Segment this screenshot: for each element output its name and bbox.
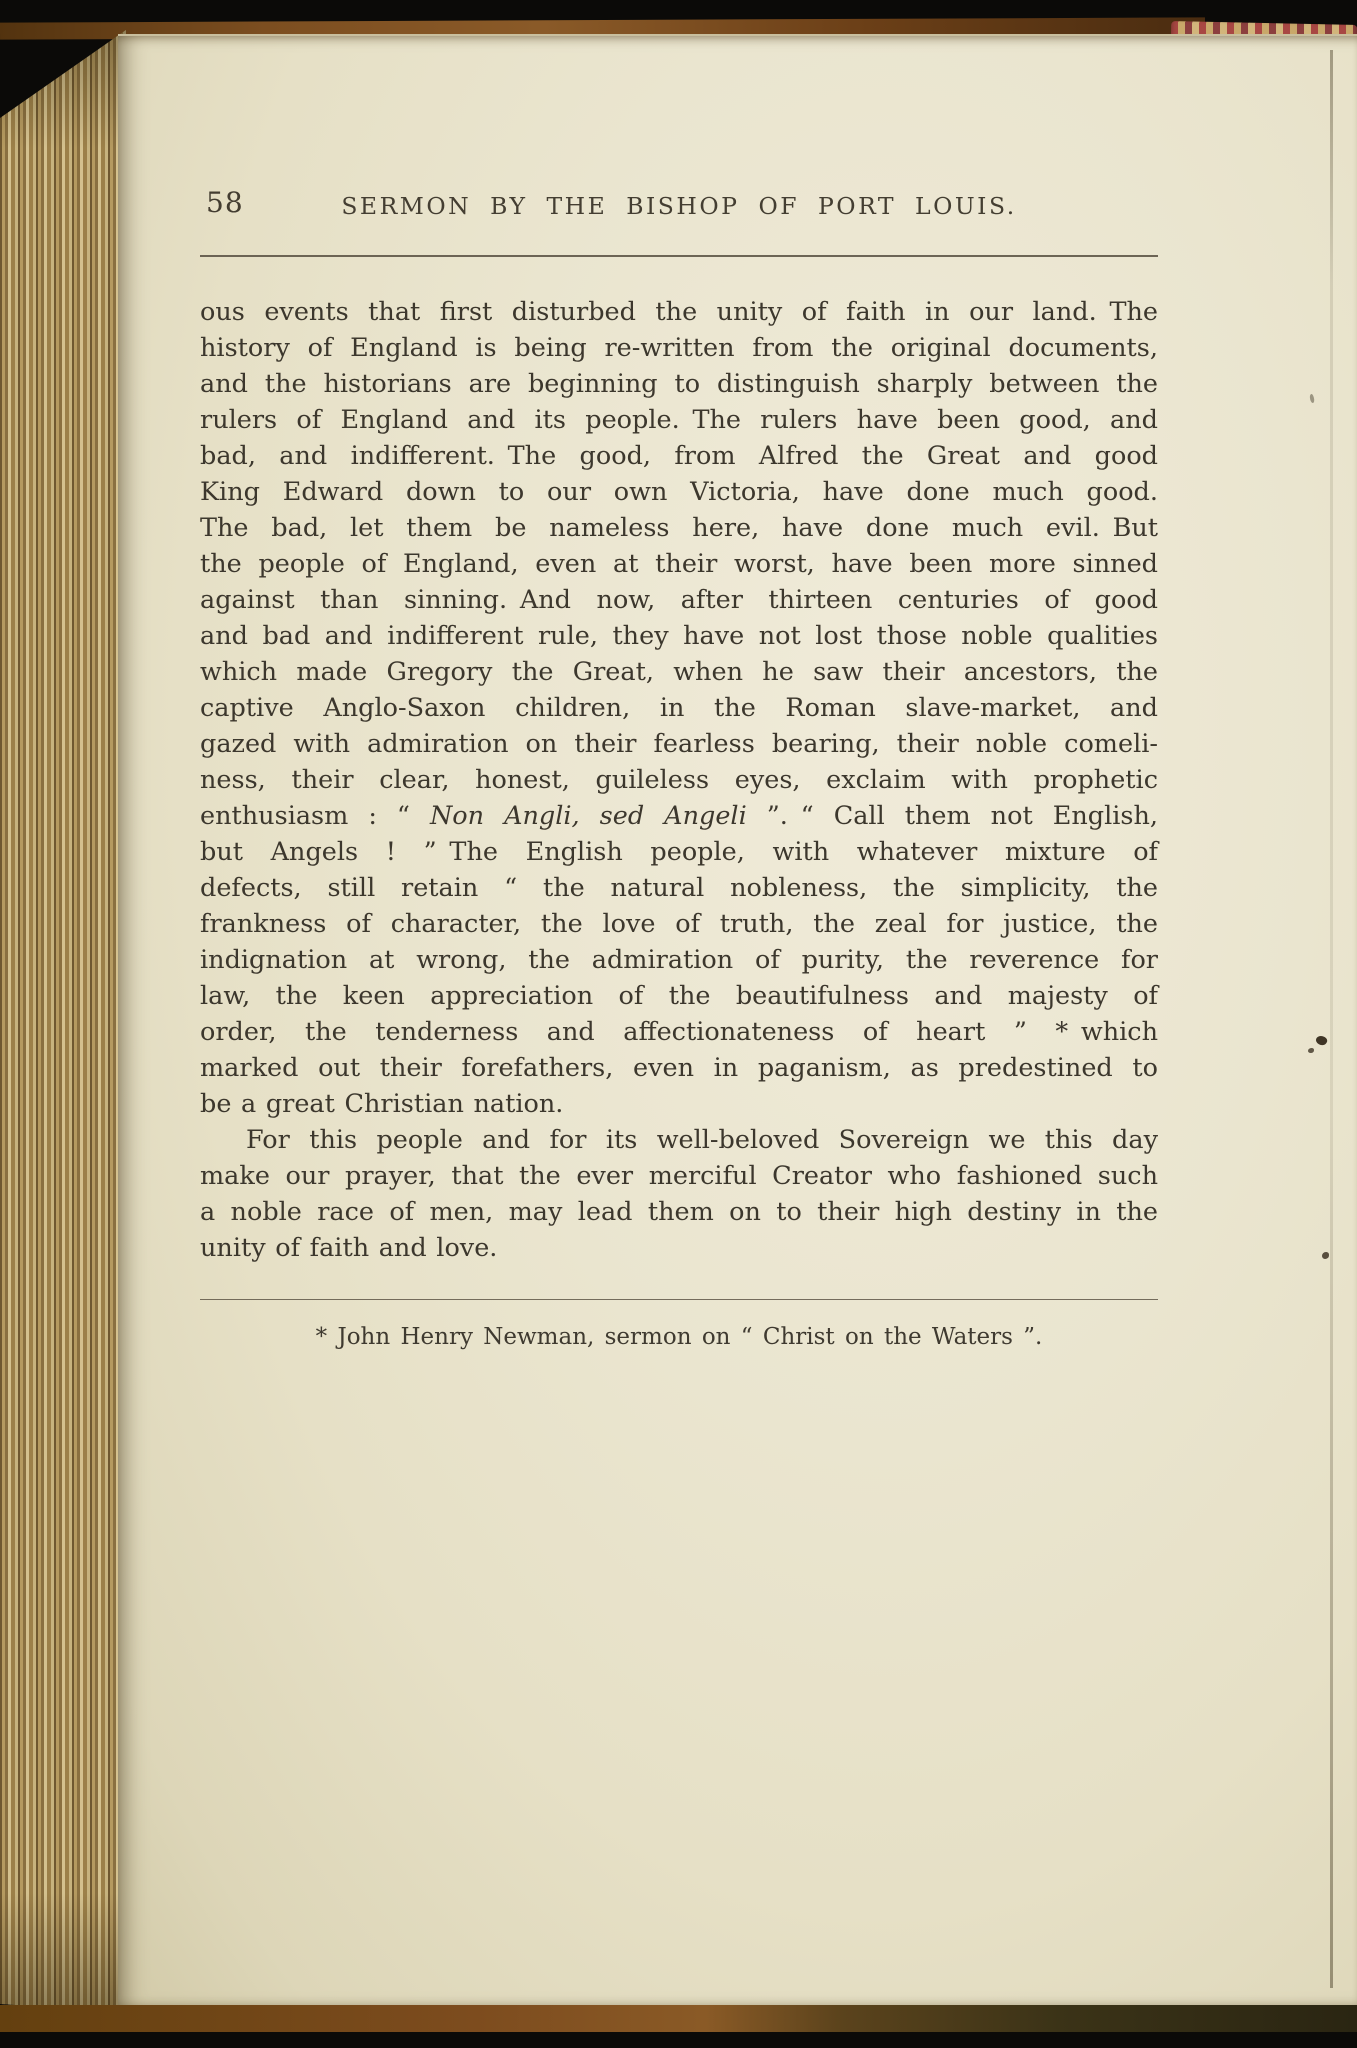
text-segment: enthusiasm : “ (200, 801, 430, 831)
text-line: For this people and for its well-beloved… (200, 1122, 1158, 1158)
text-line: gazed with admiration on their fearless … (200, 726, 1158, 762)
text-line: and the historians are beginning to dist… (200, 366, 1158, 402)
text-line: be a great Christian nation. (200, 1086, 1158, 1122)
text-line: order, the tenderness and affectionatene… (200, 1014, 1158, 1050)
text-segment: ”. “ Call them not English, (747, 801, 1158, 831)
text-line: defects, still retain “ the natural nobl… (200, 870, 1158, 906)
body-text: ous events that first disturbed the unit… (200, 294, 1158, 1266)
footnote: * John Henry Newman, sermon on “ Christ … (200, 1324, 1158, 1350)
text-line: marked out their forefathers, even in pa… (200, 1050, 1158, 1086)
text-line: ness, their clear, honest, guileless eye… (200, 762, 1158, 798)
text-line: make our prayer, that the ever merciful … (200, 1158, 1158, 1194)
header-rule (200, 255, 1158, 257)
paper-speck (1315, 1034, 1329, 1047)
footnote-rule (200, 1299, 1158, 1300)
running-header: SERMON BY THE BISHOP OF PORT LOUIS. (200, 192, 1158, 220)
text-line: bad, and indifferent. The good, from Alf… (200, 438, 1158, 474)
text-line: captive Anglo-Saxon children, in the Rom… (200, 690, 1158, 726)
text-line: King Edward down to our own Victoria, ha… (200, 474, 1158, 510)
paper-speck (1308, 1048, 1314, 1053)
page-content: 58 SERMON BY THE BISHOP OF PORT LOUIS. o… (200, 36, 1158, 2008)
text-line: law, the keen appreciation of the beauti… (200, 978, 1158, 1014)
book-page: 58 SERMON BY THE BISHOP OF PORT LOUIS. o… (118, 34, 1357, 2008)
latin-phrase: Non Angli, sed Angeli (430, 801, 747, 831)
text-line: unity of faith and love. (200, 1230, 1158, 1266)
text-line: and bad and indifferent rule, they have … (200, 618, 1158, 654)
text-line: indignation at wrong, the admiration of … (200, 942, 1158, 978)
text-line: rulers of England and its people. The ru… (200, 402, 1158, 438)
gutter-crease (1330, 50, 1333, 1988)
text-line: against than sinning. And now, after thi… (200, 582, 1158, 618)
paper-speck (1309, 394, 1315, 404)
paper-speck (1322, 1252, 1329, 1259)
text-line: the people of England, even at their wor… (200, 546, 1158, 582)
page-stack-edges (0, 30, 126, 2012)
text-line: a noble race of men, may lead them on to… (200, 1194, 1158, 1230)
text-line: but Angels ! ” The English people, with … (200, 834, 1158, 870)
book-photo: 58 SERMON BY THE BISHOP OF PORT LOUIS. o… (0, 0, 1357, 2048)
text-line: The bad, let them be nameless here, have… (200, 510, 1158, 546)
book-cover-edge-bottom (0, 2005, 1357, 2032)
text-line: history of England is being re-written f… (200, 330, 1158, 366)
text-line: ous events that first disturbed the unit… (200, 294, 1158, 330)
text-line-latin: enthusiasm : “ Non Angli, sed Angeli ”. … (200, 798, 1158, 834)
text-line: frankness of character, the love of trut… (200, 906, 1158, 942)
text-line: which made Gregory the Great, when he sa… (200, 654, 1158, 690)
